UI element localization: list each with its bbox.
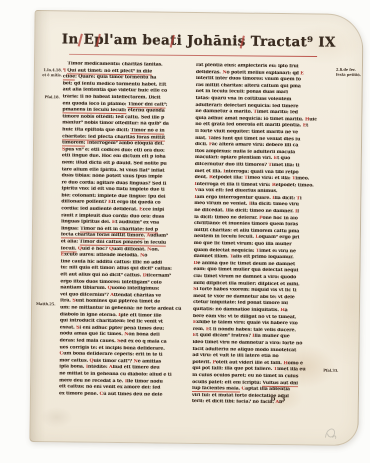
margin-note-left-middle: Pſal.18. xyxy=(45,95,60,100)
margin-note-right-top: 2.li.de ſer. ſexta petitiō. xyxy=(336,68,361,77)
page-title: In Epl'am beati Johānis Tractat⁹ IX xyxy=(35,31,362,51)
margin-note-left-lower: Matth.25. xyxy=(36,302,55,307)
margin-note-line: ſexta petitiō. xyxy=(336,72,361,77)
text-column-right: rat pſentia eius: amplecteris eū: ipſo f… xyxy=(192,63,325,407)
collector-pencil-mark xyxy=(322,425,338,442)
margin-note-left-top: 1.Io.4.18. et ē mitis. xyxy=(40,68,62,77)
title-rubric-rule xyxy=(69,54,317,57)
signature-mark: D 3 xyxy=(267,397,291,403)
text-line: terii: et dicit ſibi: faciā? nō faciā. A… xyxy=(192,399,321,407)
margin-note-right-lower: Pſal.33. xyxy=(323,369,338,374)
incunabulum-page: In Epl'am beati Johānis Tractat⁹ IX Timo… xyxy=(29,10,363,446)
scanned-book-photo: In Epl'am beati Johānis Tractat⁹ IX Timo… xyxy=(0,0,370,463)
text-line: ex timore pene. Cū aūt times deū ne deſe xyxy=(59,391,188,399)
margin-note-line: et ē mitis. xyxy=(40,73,62,78)
text-column-left: Timor medicamentū: charitas ſanitas.¶ Qu… xyxy=(59,61,192,399)
